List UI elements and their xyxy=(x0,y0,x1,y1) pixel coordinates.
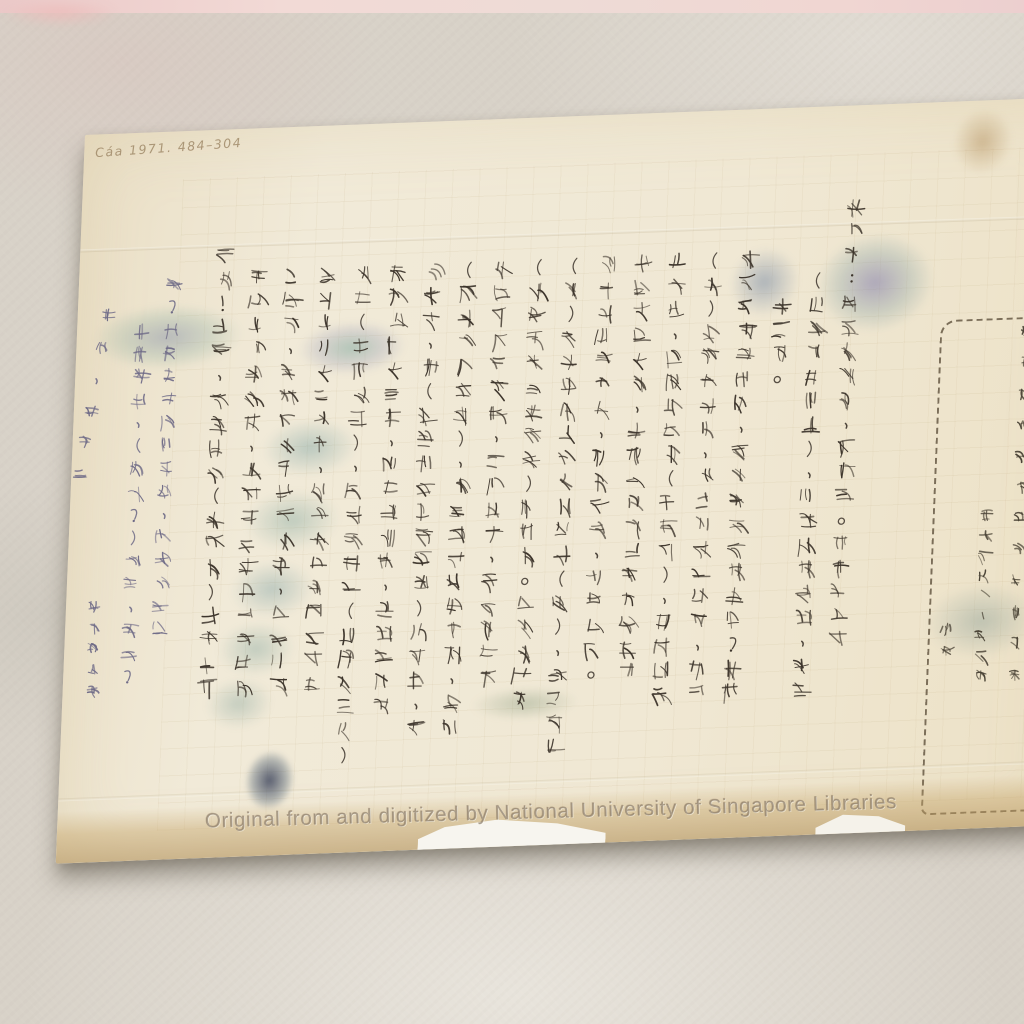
handwriting-glyph xyxy=(446,572,466,593)
handwriting-glyph xyxy=(771,296,791,316)
handwriting-glyph xyxy=(801,415,820,435)
handwriting-glyph xyxy=(450,476,470,497)
handwriting-glyph xyxy=(557,424,576,444)
handwriting-glyph xyxy=(1006,666,1019,680)
handwriting-glyph xyxy=(522,426,541,446)
handwriting-glyph xyxy=(828,606,848,626)
handwriting-glyph xyxy=(738,249,759,269)
handwriting-glyph xyxy=(810,198,830,218)
handwriting-glyph xyxy=(415,477,435,498)
handwriting-glyph xyxy=(528,258,548,277)
handwriting-glyph xyxy=(86,662,98,675)
handwriting-glyph xyxy=(585,567,605,587)
handwriting-glyph xyxy=(553,520,572,541)
handwriting-glyph xyxy=(416,430,437,450)
handwriting-glyph xyxy=(314,362,335,382)
handwriting-glyph xyxy=(731,394,752,414)
handwriting-glyph xyxy=(650,685,671,705)
handwriting-glyph xyxy=(629,350,650,370)
handwriting-glyph xyxy=(303,650,322,671)
handwriting-glyph xyxy=(87,599,99,612)
handwriting-glyph xyxy=(552,544,571,565)
handwriting-glyph xyxy=(203,510,223,530)
handwriting-glyph xyxy=(696,443,716,462)
handwriting-glyph xyxy=(588,543,607,564)
handwriting-glyph xyxy=(444,597,465,616)
handwriting-glyph xyxy=(697,395,717,414)
handwriting-glyph xyxy=(210,342,230,361)
handwriting-glyph xyxy=(519,498,538,518)
handwriting-glyph xyxy=(803,343,824,363)
handwriting-glyph xyxy=(162,320,181,338)
handwriting-glyph xyxy=(135,276,153,294)
handwriting-glyph xyxy=(284,243,304,263)
handwriting-glyph xyxy=(480,572,501,591)
handwriting-glyph xyxy=(529,233,549,253)
handwriting-glyph xyxy=(698,347,719,367)
handwriting-glyph xyxy=(345,480,365,500)
handwriting-glyph xyxy=(120,667,137,686)
handwriting-glyph xyxy=(485,451,506,471)
handwriting-glyph xyxy=(658,517,678,536)
handwriting-glyph xyxy=(520,449,540,470)
handwriting-glyph xyxy=(544,737,565,757)
handwriting-glyph xyxy=(459,236,479,256)
handwriting-glyph xyxy=(478,668,498,688)
handwriting-glyph xyxy=(410,574,431,593)
pink-edge-strip xyxy=(0,0,1024,13)
handwriting-glyph xyxy=(834,486,853,506)
handwriting-glyph xyxy=(484,499,504,519)
handwriting-glyph xyxy=(592,423,613,442)
handwriting-glyph xyxy=(340,577,360,596)
handwriting-glyph xyxy=(100,308,116,323)
text-column xyxy=(972,328,1001,684)
handwriting-glyph xyxy=(86,641,99,653)
handwriting-glyph xyxy=(456,332,475,353)
handwriting-glyph xyxy=(670,204,690,224)
handwriting-glyph xyxy=(660,469,680,488)
handwriting-glyph xyxy=(377,528,397,547)
handwriting-glyph xyxy=(633,253,653,274)
handwriting-glyph xyxy=(390,215,410,235)
handwriting-glyph xyxy=(479,596,499,616)
handwriting-glyph xyxy=(528,281,547,301)
handwriting-glyph xyxy=(1014,449,1024,463)
handwriting-glyph xyxy=(131,368,149,385)
handwriting-glyph xyxy=(77,435,93,450)
handwriting-glyph xyxy=(335,745,354,765)
handwriting-glyph xyxy=(797,535,817,556)
handwriting-glyph xyxy=(340,601,361,620)
handwriting-glyph xyxy=(161,343,180,361)
handwriting-glyph xyxy=(122,598,139,617)
handwriting-glyph xyxy=(481,524,501,543)
handwriting-glyph xyxy=(335,697,355,717)
handwriting-glyph xyxy=(239,509,260,529)
handwriting-glyph xyxy=(628,398,649,418)
handwriting-glyph xyxy=(598,254,617,274)
handwriting-glyph xyxy=(279,363,299,382)
handwriting-glyph xyxy=(151,597,169,614)
handwriting-glyph xyxy=(273,507,292,527)
handwriting-glyph xyxy=(704,227,724,247)
handwriting-glyph xyxy=(617,662,637,682)
handwriting-glyph xyxy=(378,503,399,523)
handwriting-glyph xyxy=(841,317,860,337)
handwriting-glyph xyxy=(202,582,221,602)
handwriting-glyph xyxy=(772,272,792,292)
text-column xyxy=(1006,325,1024,680)
handwriting-glyph xyxy=(802,367,823,387)
handwriting-glyph xyxy=(125,483,143,501)
handwriting-glyph xyxy=(666,324,685,344)
handwriting-glyph xyxy=(973,629,989,645)
handwriting-glyph xyxy=(525,353,545,374)
handwriting-glyph xyxy=(1014,480,1024,494)
handwriting-glyph xyxy=(550,569,571,589)
handwriting-glyph xyxy=(320,217,340,237)
handwriting-glyph xyxy=(517,546,536,567)
handwriting-glyph xyxy=(410,597,430,618)
handwriting-glyph xyxy=(800,463,820,483)
handwriting-glyph xyxy=(440,717,459,738)
handwriting-glyph xyxy=(409,622,429,641)
handwriting-glyph xyxy=(198,654,218,674)
handwriting-glyph xyxy=(417,405,436,425)
handwriting-glyph xyxy=(134,299,152,317)
handwriting-glyph xyxy=(832,510,853,530)
handwriting-glyph xyxy=(791,679,810,699)
handwriting-glyph xyxy=(278,410,298,431)
handwriting-glyph xyxy=(631,301,650,322)
handwriting-glyph xyxy=(350,384,369,405)
handwriting-glyph xyxy=(836,437,855,458)
handwriting-glyph xyxy=(87,619,99,632)
handwriting-glyph xyxy=(559,353,580,372)
handwriting-glyph xyxy=(794,608,814,627)
handwriting-glyph xyxy=(663,372,683,393)
handwriting-glyph xyxy=(736,297,755,318)
handwriting-glyph xyxy=(491,306,510,327)
handwriting-glyph xyxy=(656,541,677,560)
handwriting-glyph xyxy=(406,670,426,689)
handwriting-glyph xyxy=(599,231,619,251)
handwriting-glyph xyxy=(555,472,575,492)
handwriting-glyph xyxy=(516,570,536,589)
handwriting-glyph xyxy=(593,399,613,419)
handwriting-glyph xyxy=(686,660,707,679)
handwriting-glyph xyxy=(594,327,615,346)
handwriting-glyph xyxy=(454,380,475,400)
handwriting-glyph xyxy=(130,391,148,408)
handwriting-glyph xyxy=(282,291,302,310)
handwriting-glyph xyxy=(593,375,613,395)
handwriting-glyph xyxy=(564,232,584,252)
handwriting-glyph xyxy=(562,280,583,299)
handwriting-glyph xyxy=(444,621,464,641)
handwriting-glyph xyxy=(208,414,228,433)
handwriting-glyph xyxy=(215,221,235,241)
handwriting-glyph xyxy=(234,629,254,648)
handwriting-glyph xyxy=(311,458,331,477)
handwriting-glyph xyxy=(443,669,463,689)
handwriting-glyph xyxy=(487,427,508,446)
handwriting-glyph xyxy=(694,490,714,511)
handwriting-glyph xyxy=(493,258,512,279)
handwriting-glyph xyxy=(652,661,672,681)
handwriting-glyph xyxy=(347,408,367,428)
handwriting-glyph xyxy=(663,396,682,416)
handwriting-glyph xyxy=(975,589,991,605)
handwriting-glyph xyxy=(791,655,811,676)
handwriting-glyph xyxy=(809,223,829,243)
handwriting-glyph xyxy=(452,428,472,449)
handwriting-glyph xyxy=(668,252,688,272)
handwriting-glyph xyxy=(488,355,508,374)
handwriting-glyph xyxy=(456,308,475,329)
letter-body-columns xyxy=(190,197,864,863)
handwriting-glyph xyxy=(208,437,227,458)
handwriting-glyph xyxy=(1020,324,1024,339)
handwriting-glyph xyxy=(803,390,823,411)
handwriting-glyph xyxy=(726,562,745,583)
handwriting-glyph xyxy=(372,671,392,692)
handwriting-glyph xyxy=(1016,418,1024,432)
handwriting-glyph xyxy=(734,346,755,366)
handwriting-glyph xyxy=(376,575,397,595)
handwriting-glyph xyxy=(165,274,182,292)
handwriting-glyph xyxy=(380,479,401,498)
handwriting-glyph xyxy=(624,469,643,490)
handwriting-glyph xyxy=(622,541,641,562)
handwriting-glyph xyxy=(830,534,851,554)
handwriting-glyph xyxy=(341,553,362,573)
handwriting-glyph xyxy=(666,299,686,320)
handwriting-glyph xyxy=(458,284,478,303)
handwriting-glyph xyxy=(600,207,620,227)
handwriting-glyph xyxy=(728,490,748,509)
handwriting-glyph xyxy=(807,295,828,314)
handwriting-glyph xyxy=(973,649,989,664)
handwriting-glyph xyxy=(85,682,98,695)
handwriting-glyph xyxy=(940,622,953,636)
handwriting-glyph xyxy=(479,619,499,639)
handwriting-glyph xyxy=(655,589,676,608)
handwriting-glyph xyxy=(204,533,223,554)
handwriting-glyph xyxy=(705,202,725,222)
handwriting-glyph xyxy=(548,617,569,637)
handwriting-glyph xyxy=(838,366,858,386)
handwriting-glyph xyxy=(1011,511,1024,524)
handwriting-glyph xyxy=(277,459,296,480)
handwriting-glyph xyxy=(669,228,689,248)
handwriting-glyph xyxy=(125,529,144,546)
handwriting-glyph xyxy=(336,673,356,693)
handwriting-glyph xyxy=(979,488,995,504)
handwriting-glyph xyxy=(448,524,467,544)
handwriting-glyph xyxy=(160,389,177,407)
handwriting-glyph xyxy=(355,216,375,236)
handwriting-glyph xyxy=(690,564,710,583)
handwriting-glyph xyxy=(730,466,751,485)
handwriting-glyph xyxy=(728,514,747,534)
handwriting-glyph xyxy=(484,475,505,495)
handwriting-glyph xyxy=(406,718,425,739)
handwriting-glyph xyxy=(443,645,463,664)
handwriting-glyph xyxy=(490,331,511,351)
handwriting-glyph xyxy=(307,578,326,598)
handwriting-glyph xyxy=(548,641,568,660)
handwriting-glyph xyxy=(310,482,331,502)
handwriting-glyph xyxy=(981,448,997,464)
handwriting-glyph xyxy=(627,374,648,393)
handwriting-glyph xyxy=(519,474,539,493)
handwriting-glyph xyxy=(837,390,858,410)
handwriting-glyph xyxy=(243,389,264,408)
handwriting-glyph xyxy=(842,269,863,288)
handwriting-glyph xyxy=(209,389,228,409)
handwriting-glyph xyxy=(494,235,514,255)
handwriting-glyph xyxy=(271,579,292,599)
handwriting-glyph xyxy=(307,506,328,525)
handwriting-glyph xyxy=(319,241,339,261)
handwriting-glyph xyxy=(460,212,480,232)
handwriting-glyph xyxy=(662,420,681,440)
handwriting-glyph xyxy=(834,462,855,481)
handwriting-glyph xyxy=(514,618,535,637)
handwriting-glyph xyxy=(425,213,445,233)
handwriting-glyph xyxy=(211,318,231,338)
handwriting-glyph xyxy=(311,433,330,454)
handwriting-glyph xyxy=(552,497,572,516)
handwriting-glyph xyxy=(798,511,817,532)
handwriting-glyph xyxy=(159,413,177,430)
handwriting-glyph xyxy=(120,622,138,639)
handwriting-glyph xyxy=(352,288,373,308)
handwriting-glyph xyxy=(130,413,147,432)
handwriting-glyph xyxy=(738,273,758,294)
handwriting-glyph xyxy=(375,624,395,643)
handwriting-glyph xyxy=(977,568,992,584)
handwriting-glyph xyxy=(794,583,814,604)
handwriting-glyph xyxy=(276,435,297,454)
handwriting-glyph xyxy=(829,582,849,601)
handwriting-glyph xyxy=(589,495,609,516)
handwriting-glyph xyxy=(775,200,795,220)
handwriting-glyph xyxy=(618,590,639,610)
handwriting-glyph xyxy=(511,666,531,685)
handwriting-glyph xyxy=(83,403,99,418)
handwriting-glyph xyxy=(347,432,367,453)
handwriting-glyph xyxy=(451,405,471,424)
handwriting-glyph xyxy=(687,683,706,704)
handwriting-glyph xyxy=(203,558,222,579)
handwriting-glyph xyxy=(278,387,298,407)
handwriting-glyph xyxy=(124,552,142,569)
handwriting-glyph xyxy=(807,271,827,291)
handwriting-glyph xyxy=(483,547,502,568)
handwriting-glyph xyxy=(653,613,674,633)
handwriting-glyph xyxy=(275,483,294,504)
handwriting-glyph xyxy=(702,275,723,295)
handwriting-glyph xyxy=(207,461,226,482)
handwriting-glyph xyxy=(806,318,825,338)
handwriting-glyph xyxy=(623,493,642,514)
handwriting-glyph xyxy=(301,674,322,694)
handwriting-glyph xyxy=(454,356,475,376)
handwriting-glyph xyxy=(770,344,790,363)
handwriting-glyph xyxy=(451,453,471,472)
handwriting-glyph xyxy=(726,537,746,558)
handwriting-glyph xyxy=(270,604,290,624)
handwriting-glyph xyxy=(308,530,328,549)
handwriting-glyph xyxy=(722,658,743,677)
handwriting-glyph xyxy=(122,575,140,592)
handwriting-glyph xyxy=(978,528,993,544)
handwriting-glyph xyxy=(197,630,218,650)
handwriting-glyph xyxy=(844,221,863,241)
handwriting-glyph xyxy=(696,419,715,439)
handwriting-glyph xyxy=(419,358,440,378)
handwriting-glyph xyxy=(248,268,269,287)
handwriting-glyph xyxy=(342,529,363,549)
handwriting-glyph xyxy=(126,505,144,524)
handwriting-glyph xyxy=(525,330,545,350)
handwriting-glyph xyxy=(634,229,654,249)
handwriting-glyph xyxy=(441,692,461,713)
handwriting-glyph xyxy=(625,446,645,466)
handwriting-glyph xyxy=(352,264,373,284)
handwriting-glyph xyxy=(798,487,817,508)
handwriting-glyph xyxy=(213,293,233,314)
handwriting-glyph xyxy=(585,591,605,611)
handwriting-glyph xyxy=(214,245,234,265)
handwriting-glyph xyxy=(385,334,405,355)
handwriting-glyph xyxy=(373,647,393,668)
handwriting-glyph xyxy=(770,320,789,341)
handwriting-glyph xyxy=(698,371,718,391)
handwriting-glyph xyxy=(374,599,395,619)
handwriting-glyph xyxy=(246,340,266,359)
handwriting-glyph xyxy=(1011,542,1024,556)
handwriting-glyph xyxy=(270,556,291,576)
handwriting-glyph xyxy=(555,449,575,468)
handwriting-glyph xyxy=(530,209,550,229)
handwriting-glyph xyxy=(423,285,442,306)
handwriting-glyph xyxy=(619,566,640,586)
handwriting-glyph xyxy=(974,609,990,624)
handwriting-glyph xyxy=(248,292,268,312)
handwriting-glyph xyxy=(828,630,847,651)
handwriting-glyph xyxy=(154,551,171,569)
handwriting-glyph xyxy=(383,382,403,403)
handwriting-glyph xyxy=(1008,605,1022,618)
handwriting-glyph xyxy=(1008,636,1022,649)
handwriting-glyph xyxy=(412,526,433,546)
handwriting-glyph xyxy=(350,360,370,380)
handwriting-glyph xyxy=(250,220,270,240)
handwriting-glyph xyxy=(488,379,508,398)
handwriting-glyph xyxy=(545,689,564,709)
handwriting-glyph xyxy=(597,279,618,299)
handwriting-glyph xyxy=(317,337,336,358)
handwriting-glyph xyxy=(980,468,996,484)
handwriting-glyph xyxy=(774,224,794,244)
handwriting-glyph xyxy=(487,403,507,422)
handwriting-glyph xyxy=(158,436,176,454)
handwriting-glyph xyxy=(338,625,357,645)
